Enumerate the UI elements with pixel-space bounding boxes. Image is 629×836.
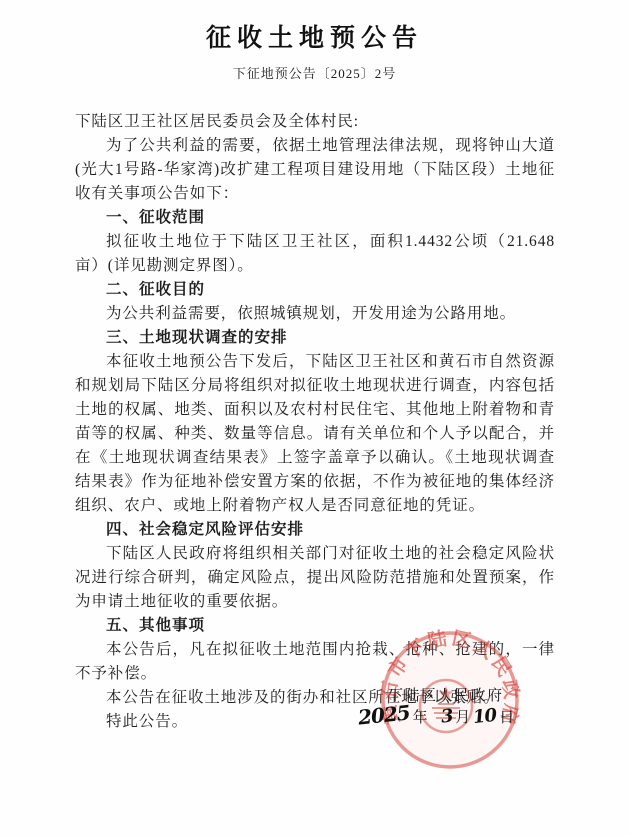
year-label: 年 [413,710,429,726]
paragraph-intro: 为了公共利益的需要，依据土地管理法律法规，现将钟山大道(光大1号路-华家湾)改扩… [75,134,555,206]
handwritten-month: 3 [440,705,454,727]
paragraph-risk: 下陆区人民政府将组织相关部门对征收土地的社会稳定风险状况进行综合研判，确定风险点… [75,542,555,614]
section-heading-2: 二、征收目的 [75,278,555,302]
handwritten-day: 10 [472,705,497,728]
paragraph-survey: 本征收土地预公告下发后，下陆区卫王社区和黄石市自然资源和规划局下陆区分局将组织对… [75,350,555,518]
announcement-document: 征收土地预公告 下征地预公告〔2025〕2号 下陆区卫王社区居民委员会及全体村民… [0,0,629,836]
handwritten-year: 2025 [357,700,411,729]
month-label: 月 [455,710,471,726]
document-body: 下陆区卫王社区居民委员会及全体村民: 为了公共利益的需要，依据土地管理法律法规，… [75,110,555,734]
section-heading-4: 四、社会稳定风险评估安排 [75,518,555,542]
day-label: 日 [499,710,515,726]
section-heading-3: 三、土地现状调查的安排 [75,326,555,350]
paragraph-purpose: 为公共利益需要，依照城镇规划，开发用途为公路用地。 [75,302,555,326]
section-heading-5: 五、其他事项 [75,614,555,638]
paragraph-no-compensation: 本公告后，凡在拟征收土地范围内抢栽、抢种、抢建的，一律不予补偿。 [75,638,555,686]
page-title: 征收土地预公告 [0,0,629,54]
salutation: 下陆区卫王社区居民委员会及全体村民: [75,110,555,134]
section-heading-1: 一、征收范围 [75,206,555,230]
issue-date: 2025年3月10日 [356,703,515,727]
document-number: 下征地预公告〔2025〕2号 [0,63,629,82]
paragraph-scope: 拟征收土地位于下陆区卫王社区，面积1.4432公顷（21.648亩）(详见勘测定… [75,230,555,278]
